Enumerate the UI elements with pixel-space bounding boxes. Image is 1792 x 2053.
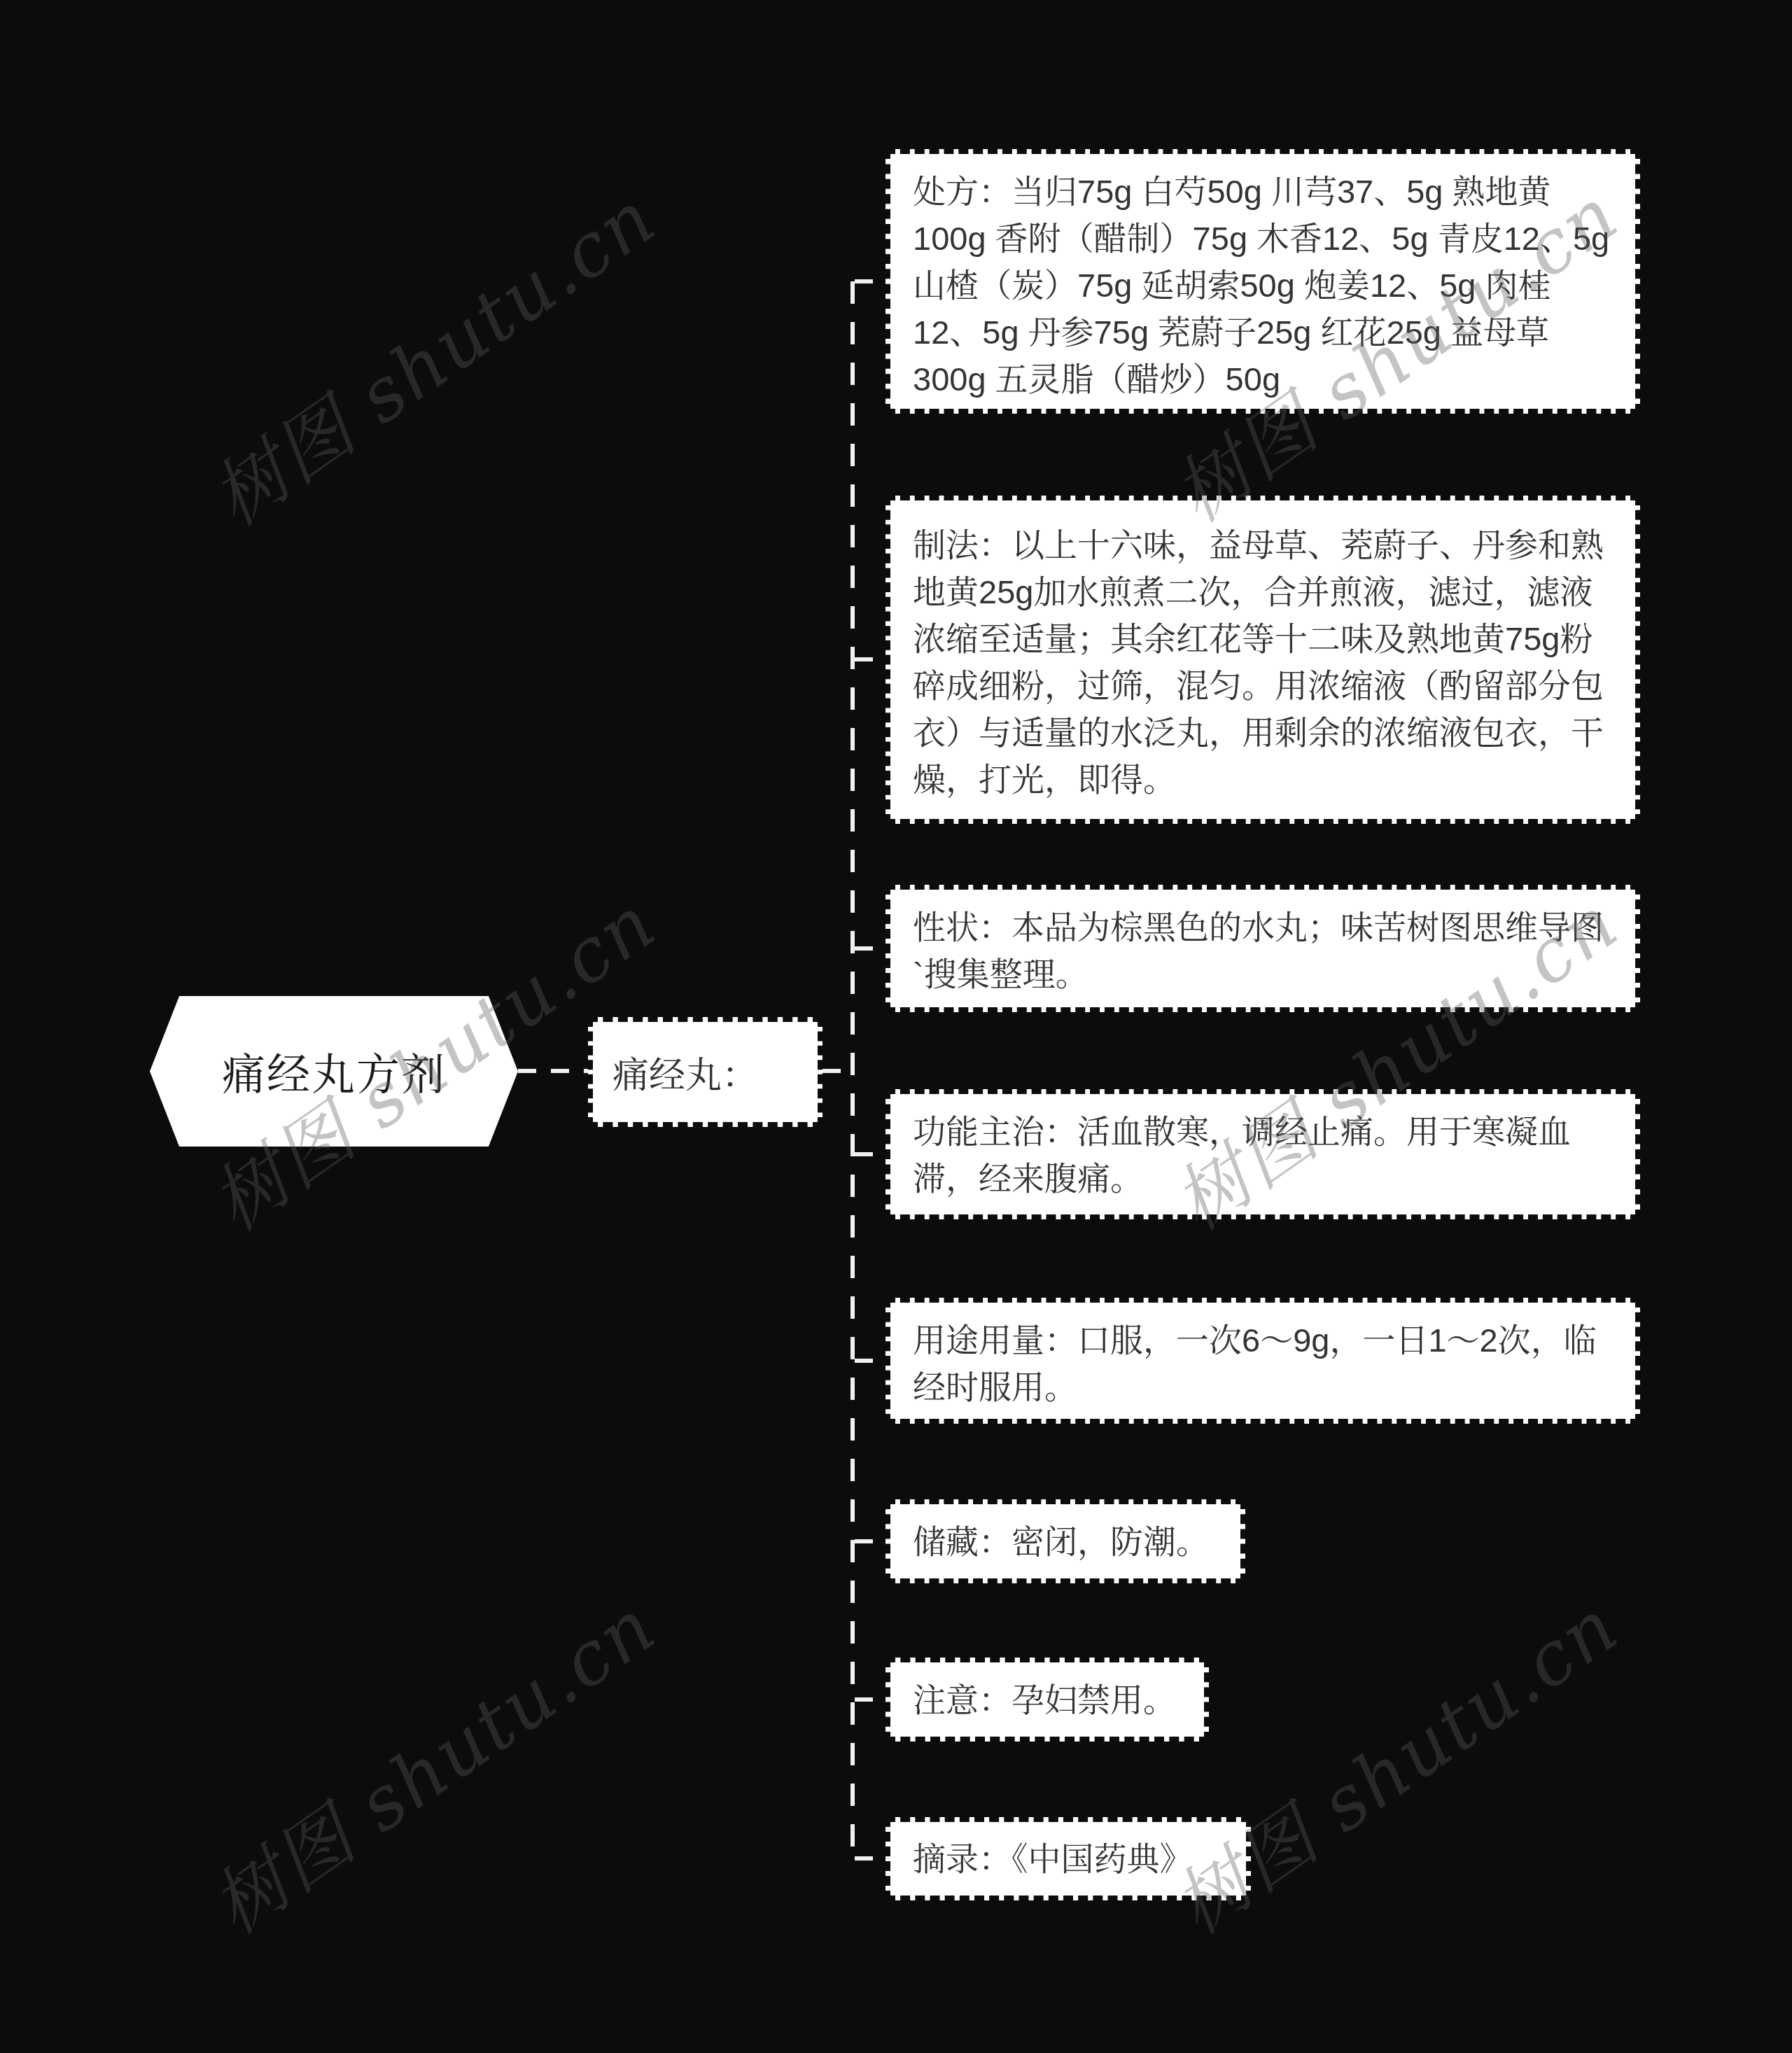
- branch-node-source[interactable]: 摘录：《中国药典》: [885, 1817, 1251, 1900]
- branch-node-preparation[interactable]: 制法：以上十六味，益母草、茺蔚子、丹参和熟地黄25g加水煎煮二次，合并煎液，滤过…: [885, 496, 1640, 824]
- branch-text: 处方：当归75g 白芍50g 川芎37、5g 熟地黄100g 香附（醋制）75g…: [913, 173, 1609, 398]
- parent-node[interactable]: 痛经丸：: [588, 1017, 822, 1127]
- connector-branch-properties: [855, 946, 886, 951]
- connector-branch-caution: [855, 1697, 886, 1702]
- branch-text: 储藏：密闭，防潮。: [913, 1518, 1209, 1565]
- connector-branch-indications: [855, 1152, 886, 1156]
- branch-text: 性状：本品为棕黑色的水丸；味苦树图思维导图`搜集整理。: [913, 909, 1604, 993]
- branch-node-storage[interactable]: 储藏：密闭，防潮。: [885, 1499, 1245, 1583]
- connector-branch-prescription: [855, 279, 886, 283]
- branch-node-caution[interactable]: 注意：孕妇禁用。: [885, 1658, 1209, 1742]
- connector-branch-dosage: [855, 1359, 886, 1363]
- watermark: 树图 shutu.cn: [188, 161, 674, 546]
- root-node[interactable]: 痛经丸方剂: [150, 996, 518, 1147]
- watermark: 树图 shutu.cn: [188, 1569, 674, 1954]
- branch-text: 用途用量：口服，一次6～9g，一日1～2次，临经时服用。: [913, 1322, 1597, 1406]
- branch-node-prescription[interactable]: 处方：当归75g 白芍50g 川芎37、5g 熟地黄100g 香附（醋制）75g…: [885, 149, 1640, 414]
- branch-text: 功能主治：活血散寒，调经止痛。用于寒凝血滞，经来腹痛。: [913, 1113, 1571, 1197]
- connector-branch-storage: [855, 1539, 886, 1543]
- connector-root-to-parent: [518, 1069, 588, 1073]
- branch-text: 摘录：《中国药典》: [913, 1835, 1193, 1882]
- mindmap-canvas: 痛经丸方剂 痛经丸： 处方：当归75g 白芍50g 川芎37、5g 熟地黄100…: [0, 0, 1792, 2053]
- root-node-label: 痛经丸方剂: [222, 1040, 446, 1102]
- branch-text: 注意：孕妇禁用。: [913, 1676, 1176, 1723]
- branch-text: 制法：以上十六味，益母草、茺蔚子、丹参和熟地黄25g加水煎煮二次，合并煎液，滤过…: [913, 526, 1604, 798]
- connector-branch-source: [855, 1856, 886, 1861]
- connector-parent-to-trunk: [822, 1069, 855, 1073]
- branch-node-properties[interactable]: 性状：本品为棕黑色的水丸；味苦树图思维导图`搜集整理。: [885, 885, 1640, 1012]
- branch-node-dosage[interactable]: 用途用量：口服，一次6～9g，一日1～2次，临经时服用。: [885, 1298, 1640, 1424]
- connector-branch-preparation: [855, 657, 886, 661]
- parent-node-label: 痛经丸：: [612, 1046, 758, 1098]
- branch-node-indications[interactable]: 功能主治：活血散寒，调经止痛。用于寒凝血滞，经来腹痛。: [885, 1089, 1640, 1219]
